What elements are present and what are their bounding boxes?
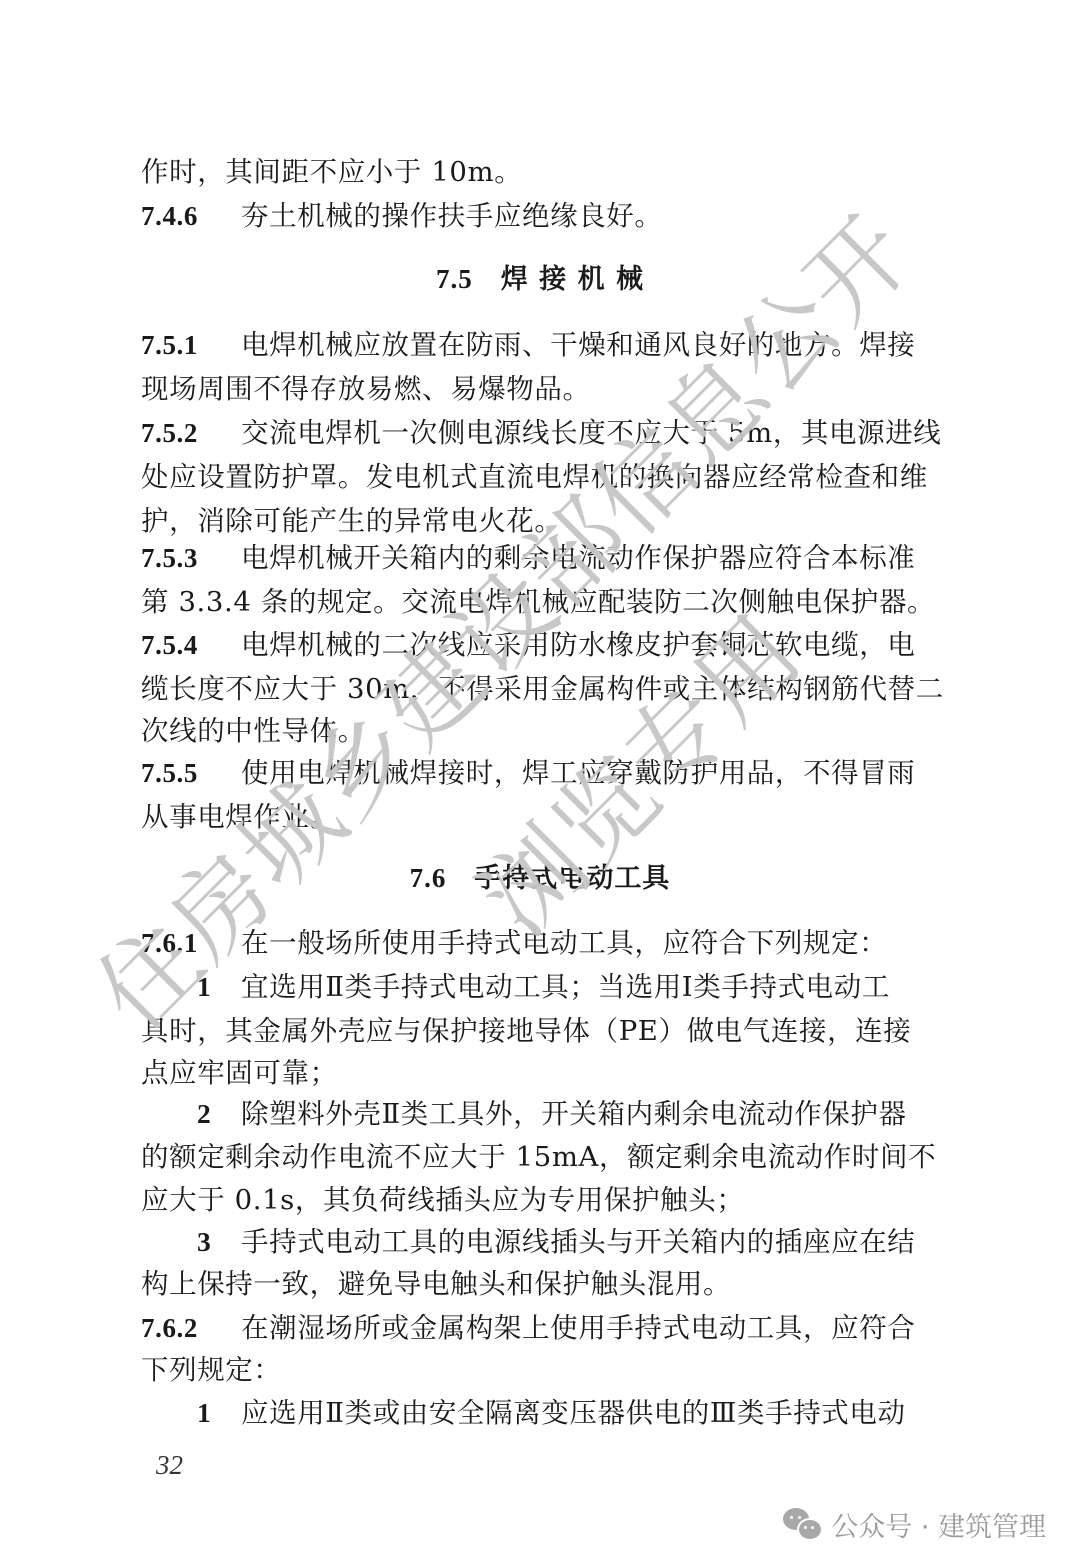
clause-text: 从事电焊作业。 bbox=[141, 801, 338, 833]
clause-7-5-5: 7.5.5使用电焊机械焊接时，焊工应穿戴防护用品，不得冒雨 bbox=[141, 751, 941, 795]
page-number: 32 bbox=[156, 1450, 183, 1481]
clause-line: 具时，其金属外壳应与保护接地导体（PE）做电气连接，连接 bbox=[141, 1009, 941, 1053]
clause-text: 缆长度不应大于 30m，不得采用金属构件或主体结构钢筋代替二 bbox=[141, 673, 944, 705]
clause-number: 7.6.2 bbox=[141, 1306, 241, 1350]
clause-text: 交流电焊机一次侧电源线长度不应大于 5m，其电源进线 bbox=[241, 417, 941, 449]
clause-number: 7.5.3 bbox=[141, 536, 241, 580]
item-text: 应大于 0.1s，其负荷线插头应为专用保护触头； bbox=[141, 1184, 745, 1216]
clause-line: 下列规定： bbox=[141, 1348, 941, 1392]
footer-text: 公众号 · 建筑管理 bbox=[831, 1505, 1046, 1544]
clause-line: 现场周围不得存放易燃、易爆物品。 bbox=[141, 367, 941, 411]
clause-7-4-6: 7.4.6夯土机械的操作扶手应绝缘良好。 bbox=[141, 194, 941, 238]
clause-text: 电焊机械开关箱内的剩余电流动作保护器应符合本标准 bbox=[241, 542, 915, 574]
clause-line: 点应牢固可靠； bbox=[141, 1051, 941, 1095]
clause-7-5-3: 7.5.3电焊机械开关箱内的剩余电流动作保护器应符合本标准 bbox=[141, 536, 941, 580]
clause-text: 电焊机械应放置在防雨、干燥和通风良好的地方。焊接 bbox=[241, 329, 915, 361]
item-text: 手持式电动工具的电源线插头与开关箱内的插座应在结 bbox=[241, 1226, 915, 1258]
clause-line: 缆长度不应大于 30m，不得采用金属构件或主体结构钢筋代替二 bbox=[141, 667, 941, 711]
list-item-1: 1宜选用Ⅱ类手持式电动工具；当选用Ⅰ类手持式电动工 bbox=[141, 965, 941, 1009]
item-number: 3 bbox=[197, 1220, 241, 1264]
item-number: 1 bbox=[197, 965, 241, 1009]
clause-text: 夯土机械的操作扶手应绝缘良好。 bbox=[241, 200, 663, 232]
item-text: 具时，其金属外壳应与保护接地导体（PE）做电气连接，连接 bbox=[141, 1015, 911, 1047]
section-title: 焊 接 机 械 bbox=[501, 264, 644, 295]
clause-text: 处应设置防护罩。发电机式直流电焊机的换向器应经常检查和维 bbox=[141, 461, 928, 493]
item-number: 1 bbox=[197, 1391, 241, 1435]
clause-7-5-4: 7.5.4电焊机械的二次线应采用防水橡皮护套铜芯软电缆，电 bbox=[141, 623, 941, 667]
clause-number: 7.4.6 bbox=[141, 194, 241, 238]
list-item-2: 2除塑料外壳Ⅱ类工具外，开关箱内剩余电流动作保护器 bbox=[141, 1092, 941, 1136]
clause-line: 的额定剩余动作电流不应大于 15mA，额定剩余电流动作时间不 bbox=[141, 1135, 941, 1179]
wechat-icon bbox=[783, 1508, 823, 1542]
clause-text: 现场周围不得存放易燃、易爆物品。 bbox=[141, 373, 591, 405]
item-text: 应选用Ⅱ类或由安全隔离变压器供电的Ⅲ类手持式电动 bbox=[241, 1397, 906, 1429]
clause-number: 7.5.4 bbox=[141, 623, 241, 667]
section-heading-7-6: 7.6手持式电动工具 bbox=[0, 856, 1080, 901]
clause-number: 7.5.1 bbox=[141, 323, 241, 367]
section-title: 手持式电动工具 bbox=[474, 863, 670, 894]
clause-number: 7.5.5 bbox=[141, 751, 241, 795]
section-heading-7-5: 7.5焊 接 机 械 bbox=[0, 257, 1080, 302]
clause-7-5-1: 7.5.1电焊机械应放置在防雨、干燥和通风良好的地方。焊接 bbox=[141, 323, 941, 367]
clause-text: 护，消除可能产生的异常电火花。 bbox=[141, 505, 563, 537]
document-page: 作时，其间距不应小于 10m。 7.4.6夯土机械的操作扶手应绝缘良好。 7.5… bbox=[0, 0, 1080, 1564]
clause-number: 7.5.2 bbox=[141, 411, 241, 455]
item-text: 除塑料外壳Ⅱ类工具外，开关箱内剩余电流动作保护器 bbox=[241, 1098, 907, 1130]
clause-text: 在潮湿场所或金属构架上使用手持式电动工具，应符合 bbox=[241, 1312, 915, 1344]
list-item-1: 1应选用Ⅱ类或由安全隔离变压器供电的Ⅲ类手持式电动 bbox=[141, 1391, 941, 1435]
clause-text: 第 3.3.4 条的规定。交流电焊机械应配装防二次侧触电保护器。 bbox=[141, 586, 935, 618]
continuation-text: 作时，其间距不应小于 10m。 bbox=[141, 156, 522, 188]
clause-line: 从事电焊作业。 bbox=[141, 795, 941, 839]
clause-line: 第 3.3.4 条的规定。交流电焊机械应配装防二次侧触电保护器。 bbox=[141, 580, 941, 624]
item-text: 构上保持一致，避免导电触头和保护触头混用。 bbox=[141, 1268, 731, 1300]
clause-text: 使用电焊机械焊接时，焊工应穿戴防护用品，不得冒雨 bbox=[241, 757, 915, 789]
clause-text: 在一般场所使用手持式电动工具，应符合下列规定： bbox=[241, 927, 887, 959]
clause-7-6-1: 7.6.1在一般场所使用手持式电动工具，应符合下列规定： bbox=[141, 921, 941, 965]
item-number: 2 bbox=[197, 1092, 241, 1136]
clause-line: 构上保持一致，避免导电触头和保护触头混用。 bbox=[141, 1262, 941, 1306]
section-number: 7.6 bbox=[410, 863, 447, 893]
clause-7-5-2: 7.5.2交流电焊机一次侧电源线长度不应大于 5m，其电源进线 bbox=[141, 411, 941, 455]
clause-7-6-2: 7.6.2在潮湿场所或金属构架上使用手持式电动工具，应符合 bbox=[141, 1306, 941, 1350]
clause-text: 电焊机械的二次线应采用防水橡皮护套铜芯软电缆，电 bbox=[241, 629, 915, 661]
clause-line: 处应设置防护罩。发电机式直流电焊机的换向器应经常检查和维 bbox=[141, 455, 941, 499]
item-text: 的额定剩余动作电流不应大于 15mA，额定剩余电流动作时间不 bbox=[141, 1141, 936, 1173]
clause-number: 7.6.1 bbox=[141, 921, 241, 965]
continuation-line: 作时，其间距不应小于 10m。 bbox=[141, 150, 941, 194]
list-item-3: 3手持式电动工具的电源线插头与开关箱内的插座应在结 bbox=[141, 1220, 941, 1264]
clause-line: 应大于 0.1s，其负荷线插头应为专用保护触头； bbox=[141, 1178, 941, 1222]
item-text: 宜选用Ⅱ类手持式电动工具；当选用Ⅰ类手持式电动工 bbox=[241, 971, 890, 1003]
clause-line: 次线的中性导体。 bbox=[141, 709, 941, 753]
wechat-account-footer: 公众号 · 建筑管理 bbox=[783, 1505, 1046, 1544]
section-number: 7.5 bbox=[436, 264, 473, 294]
item-text: 点应牢固可靠； bbox=[141, 1057, 338, 1089]
clause-text: 下列规定： bbox=[141, 1354, 282, 1386]
clause-text: 次线的中性导体。 bbox=[141, 715, 366, 747]
